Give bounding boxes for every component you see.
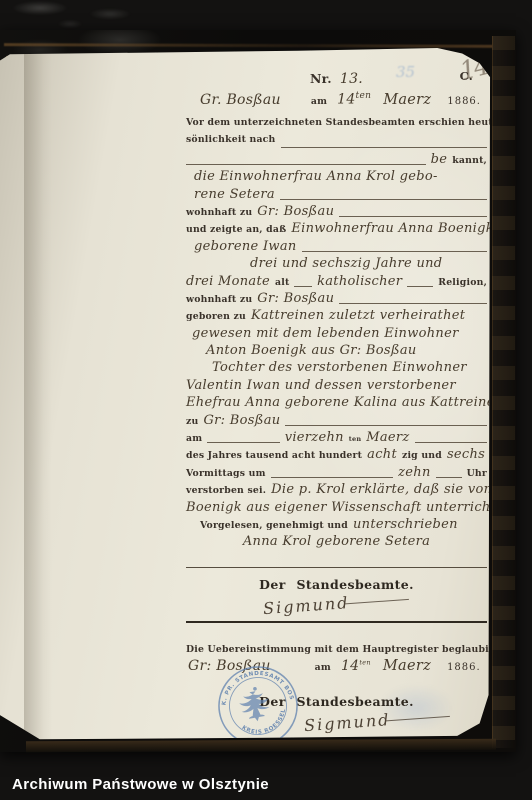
printed-text: geboren zu (186, 311, 246, 322)
blank-rule (280, 199, 487, 200)
blank-rule (281, 147, 487, 148)
blank-rule (302, 251, 487, 252)
document-line: drei MonatealtkatholischerReligion, (186, 274, 487, 291)
divider-thin (186, 567, 487, 568)
registrar-heading: Der Standesbeamte. (186, 577, 487, 592)
eagle-crown-dot (253, 687, 257, 691)
document-line: Ehefrau Anna geborene Kalina aus Kattrei… (186, 395, 487, 412)
record-date-row: Gr. Bosßau am 14ten Maerz 1886. (186, 91, 487, 114)
document-line: Tochter des verstorbenen Einwohner (186, 360, 487, 377)
document-line: Anna Krol geborene Setera (186, 534, 487, 551)
printed-text: verstorben sei. (186, 485, 266, 496)
printed-text: ten (349, 435, 361, 443)
printed-text: Religion, (438, 277, 487, 288)
document-line: Valentin Iwan und dessen verstorbener (186, 378, 487, 395)
printed-text: wohnhaft zu (186, 207, 252, 218)
certification-month: Maerz (383, 658, 431, 674)
document-line: rene Setera (186, 187, 487, 204)
document-line: gewesen mit dem lebenden Einwohner (186, 326, 487, 343)
document-line: Anton Boenigk aus Gr: Bosßau (186, 343, 487, 360)
blank-rule (285, 425, 487, 426)
certification-day-suffix: ten (359, 658, 371, 666)
archive-watermark: Archiwum Państwowe w Olsztynie (12, 776, 269, 793)
register-page: 35 14 Nr. 13. C. Gr. Bosßau am 14ten Mae… (0, 48, 497, 740)
document-line: des Jahres tausend acht hundertachtzig u… (186, 447, 487, 464)
certification-day: 14ten (341, 658, 371, 674)
document-line: verstorben sei.Die p. Krol erklärte, daß… (186, 482, 487, 499)
handwritten-text: be (431, 152, 448, 167)
document-line: sönlichkeit nach (186, 134, 487, 151)
document-line: die Einwohnerfrau Anna Krol gebo- (186, 169, 487, 186)
handwritten-text: sechs (447, 447, 485, 462)
printed-text: Vor dem unterzeichneten Standesbeamten e… (186, 117, 497, 128)
registrar-signature: Sigmund (263, 589, 410, 618)
document-line: Boenigk aus eigener Wissenschaft unterri… (186, 500, 487, 517)
year-value: 1886. (447, 96, 481, 107)
book-cover-top-edge (4, 43, 504, 48)
document-line: und zeigte an, daßEinwohnerfrau Anna Boe… (186, 221, 487, 238)
handwritten-text: Ehefrau Anna geborene Kalina aus Kattrei… (186, 395, 497, 410)
printed-text: alt (275, 277, 289, 288)
blank-rule (407, 286, 433, 287)
eagle-emblem-icon (238, 689, 273, 724)
handwritten-text: Kattreinen zuletzt verheirathet (251, 308, 465, 323)
document-lines: Vor dem unterzeichneten Standesbeamten e… (186, 117, 487, 552)
printed-text: und zeigte an, daß (186, 224, 286, 235)
book-cover-bottom-edge (26, 739, 496, 752)
registrar-signature-2: Sigmund (304, 706, 451, 735)
handwritten-text: Gr: Bosßau (203, 413, 280, 428)
printed-text: wohnhaft zu (186, 294, 252, 305)
blank-rule (271, 477, 394, 478)
nr-label: Nr. (310, 71, 332, 86)
document-line: amvierzehntenMaerz (186, 430, 487, 447)
handwritten-text: zehn (398, 465, 431, 480)
certification-am-label: am (315, 662, 331, 673)
handwritten-text: gewesen mit dem lebenden Einwohner (192, 326, 459, 341)
blank-rule (207, 442, 279, 443)
handwritten-text: Valentin Iwan und dessen verstorbener (186, 378, 456, 393)
blank-rule (339, 303, 487, 304)
am-label: am (311, 96, 327, 107)
record-number-row: Nr. 13. C. (186, 68, 487, 88)
photograph-scene: 35 14 Nr. 13. C. Gr. Bosßau am 14ten Mae… (0, 0, 532, 800)
book-cover-right-edge (492, 36, 515, 748)
handwritten-text: Boenigk aus eigener Wissenschaft unterri… (186, 500, 497, 515)
certification-year: 1886. (447, 662, 481, 673)
standesamt-seal-stamp: K. PR. STANDESAMT BOSSAU KREIS ROESSEL (209, 657, 306, 740)
handwritten-text: Anna Krol geborene Setera (243, 534, 430, 549)
handwritten-text: Maerz (366, 430, 409, 445)
handwritten-text: drei Monate (186, 274, 270, 289)
place-name: Gr. Bosßau (200, 92, 281, 108)
handwritten-text: Tochter des verstorbenen Einwohner (212, 360, 467, 375)
day-number: 14 (337, 92, 355, 108)
document-line: bekannt, (186, 152, 487, 169)
divider-thick (186, 621, 487, 623)
certification-day-number: 14 (341, 658, 359, 674)
blank-rule (436, 477, 462, 478)
printed-text: Uhr (467, 468, 487, 479)
handwritten-text: acht (367, 447, 397, 462)
blank-rule (186, 164, 426, 165)
document-line: drei und sechszig Jahre und (186, 256, 487, 273)
printed-text: sönlichkeit nach (186, 134, 276, 145)
handwritten-text: unterschrieben (353, 517, 458, 532)
blank-rule (339, 216, 487, 217)
handwritten-text: rene Setera (194, 187, 275, 202)
printed-text: Vormittags um (186, 468, 266, 479)
printed-text: Vorgelesen, genehmigt und (200, 520, 348, 531)
handwritten-text: Gr: Bosßau (257, 204, 334, 219)
document-line: Vormittags umzehnUhr (186, 465, 487, 482)
handwritten-text: Gr: Bosßau (257, 291, 334, 306)
document-line: zuGr: Bosßau (186, 413, 487, 430)
certification-text: Die Uebereinstimmung mit dem Hauptregist… (186, 644, 487, 655)
blank-rule (294, 286, 312, 287)
printed-text: kannt, (452, 155, 487, 166)
handwritten-text: katholischer (317, 274, 402, 289)
handwritten-text: Anton Boenigk aus Gr: Bosßau (206, 343, 417, 358)
handwritten-text: die Einwohnerfrau Anna Krol gebo- (194, 169, 438, 184)
handwritten-text: vierzehn (285, 430, 344, 445)
printed-text: des Jahres tausend acht hundert (186, 450, 362, 461)
handwritten-text: geborene Iwan (194, 239, 297, 254)
nr-value: 13. (340, 71, 363, 87)
document-content: Nr. 13. C. Gr. Bosßau am 14ten Maerz 188… (186, 48, 487, 734)
handwritten-text: drei und sechszig Jahre und (250, 256, 442, 271)
handwritten-text: Einwohnerfrau Anna Boenigk (291, 221, 494, 236)
document-line: geborene Iwan (186, 239, 487, 256)
blank-rule (415, 442, 487, 443)
printed-text: zig und (402, 450, 442, 461)
document-line: Vorgelesen, genehmigt undunterschrieben (186, 517, 487, 534)
printed-text: am (186, 433, 202, 444)
day-suffix: ten (356, 91, 372, 101)
registrar-signature-row: Sigmund (186, 594, 487, 617)
handwritten-text: Die p. Krol erklärte, daß sie vom Tode d… (271, 482, 497, 497)
month-value: Maerz (383, 92, 431, 108)
day-value: 14ten (337, 91, 371, 108)
document-line: Vor dem unterzeichneten Standesbeamten e… (186, 117, 487, 134)
printed-text: zu (186, 416, 198, 427)
document-line: geboren zuKattreinen zuletzt verheirathe… (186, 308, 487, 325)
document-line: wohnhaft zuGr: Bosßau (186, 291, 487, 308)
document-line: wohnhaft zuGr: Bosßau (186, 204, 487, 221)
form-letter: C. (460, 69, 473, 83)
